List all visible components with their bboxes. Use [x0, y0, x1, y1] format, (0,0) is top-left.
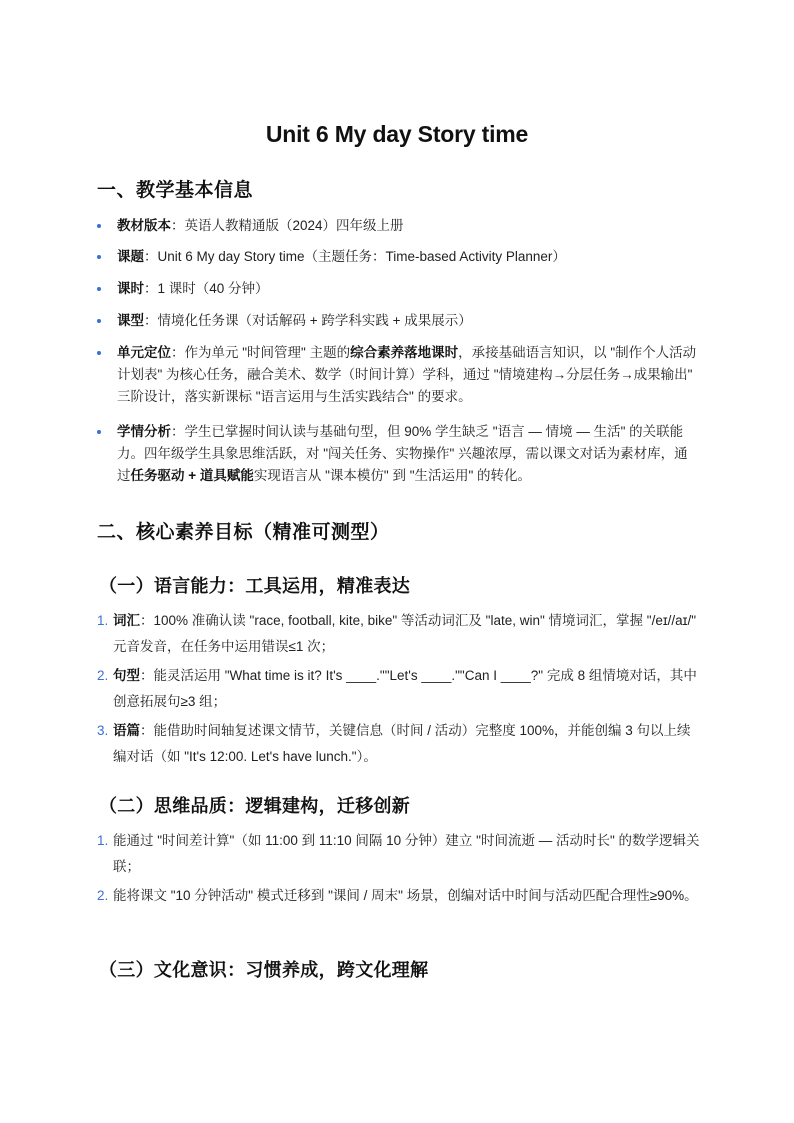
numbered-item-vocabulary: 1. 词汇：100% 准确认读 "race, football, kite, b… [97, 608, 700, 660]
list-number: 1. [97, 608, 108, 634]
bullet-icon [97, 430, 101, 434]
bullet-icon [97, 319, 101, 323]
list-number: 2. [97, 663, 108, 689]
subsection-heading-cultural-awareness: （三）文化意识：习惯养成，跨文化理解 [99, 956, 428, 982]
list-number: 1. [97, 828, 108, 854]
list-item-textbook-version: 教材版本：英语人教精通版（2024）四年级上册 [97, 215, 697, 237]
list-number: 3. [97, 718, 108, 744]
item-value: 英语人教精通版（2024）四年级上册 [185, 218, 404, 233]
list-item-learner-analysis: 学情分析：学生已掌握时间认读与基础句型，但 90% 学生缺乏 "语言 — 情境 … [97, 421, 697, 487]
item-label: 课时 [117, 281, 144, 296]
item-value: Unit 6 My day Story time（主题任务：Time-based… [158, 249, 566, 264]
bullet-icon [97, 287, 101, 291]
item-value: 100% 准确认读 "race, football, kite, bike" 等… [113, 613, 696, 654]
section-heading-basic-info: 一、教学基本信息 [97, 175, 253, 202]
emphasis-text: 任务驱动 + 道具赋能 [131, 468, 254, 483]
bullet-icon [97, 224, 101, 228]
subsection-heading-thinking-quality: （二）思维品质：逻辑建构，迁移创新 [99, 792, 410, 818]
item-label: 学情分析 [117, 424, 171, 439]
document-title: Unit 6 My day Story time [0, 121, 794, 148]
subsection-heading-language-ability: （一）语言能力：工具运用，精准表达 [99, 572, 410, 598]
item-value: 能通过 "时间差计算"（如 11:00 到 11:10 间隔 10 分钟）建立 … [97, 828, 700, 880]
bullet-icon [97, 351, 101, 355]
numbered-item-sentence-patterns: 2. 句型：能灵活运用 "What time is it? It's ____.… [97, 663, 700, 715]
item-label: 句型 [113, 668, 140, 683]
item-label: 单元定位 [117, 345, 171, 360]
list-item-unit-positioning: 单元定位：作为单元 "时间管理" 主题的综合素养落地课时，承接基础语言知识，以 … [97, 342, 697, 408]
list-number: 2. [97, 883, 108, 909]
document-page: Unit 6 My day Story time 一、教学基本信息 教材版本：英… [0, 0, 794, 1123]
list-item-class-hours: 课时：1 课时（40 分钟） [97, 278, 697, 300]
item-label: 课题 [117, 249, 144, 264]
item-value: 1 课时（40 分钟） [158, 281, 269, 296]
numbered-item-transfer-scenario: 2. 能将课文 "10 分钟活动" 模式迁移到 "课间 / 周末" 场景，创编对… [97, 883, 700, 909]
item-value: 情境化任务课（对话解码 + 跨学科实践 + 成果展示） [158, 313, 472, 328]
section-heading-core-competency: 二、核心素养目标（精准可测型） [97, 517, 390, 544]
numbered-item-discourse: 3. 语篇：能借助时间轴复述课文情节，关键信息（时间 / 活动）完整度 100%… [97, 718, 700, 770]
item-label: 词汇 [113, 613, 140, 628]
list-item-lesson-type: 课型：情境化任务课（对话解码 + 跨学科实践 + 成果展示） [97, 310, 697, 332]
item-label: 语篇 [113, 723, 140, 738]
bullet-icon [97, 255, 101, 259]
item-value: 能借助时间轴复述课文情节，关键信息（时间 / 活动）完整度 100%，并能创编 … [113, 723, 691, 764]
item-value: 能灵活运用 "What time is it? It's ____.""Let'… [113, 668, 697, 709]
list-item-lesson-topic: 课题：Unit 6 My day Story time（主题任务：Time-ba… [97, 246, 697, 268]
item-label: 课型 [117, 313, 144, 328]
item-label: 教材版本 [117, 218, 171, 233]
numbered-item-time-calculation: 1. 能通过 "时间差计算"（如 11:00 到 11:10 间隔 10 分钟）… [97, 828, 700, 880]
emphasis-text: 综合素养落地课时 [350, 345, 458, 360]
item-value: 能将课文 "10 分钟活动" 模式迁移到 "课间 / 周末" 场景，创编对话中时… [97, 883, 700, 909]
